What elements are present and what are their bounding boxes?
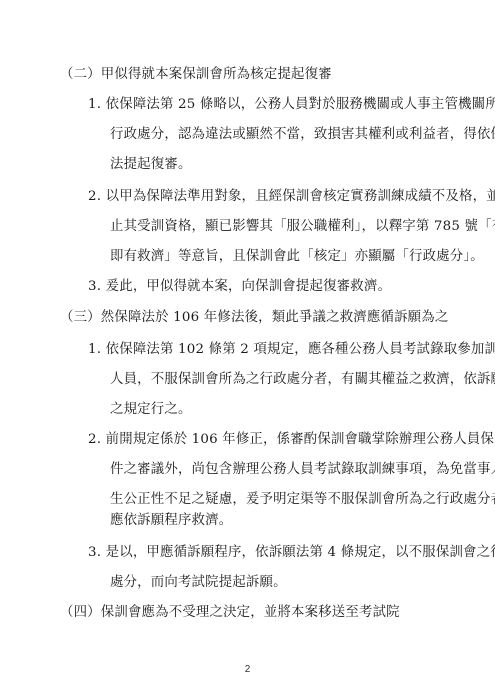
paragraph-line: 3. 是以，甲應循訴願程序，依訴願法第 4 條規定，以不服保訓會之行政 bbox=[88, 544, 495, 562]
page-number: 2 bbox=[0, 664, 495, 675]
paragraph-line: 應依訴願程序救濟。 bbox=[110, 512, 232, 530]
paragraph-line: 生公正性不足之疑慮，爰予明定渠等不服保訓會所為之行政處分者， bbox=[110, 491, 495, 509]
paragraph-line: 法提起復審。 bbox=[110, 156, 192, 174]
paragraph-line: 1. 依保障法第 102 條第 2 項規定，應各種公務人員考試錄取參加訓練之 bbox=[88, 341, 495, 359]
paragraph-line: 止其受訓資格，顯已影響其「服公職權利」，以釋字第 785 號「有權利 bbox=[110, 218, 495, 236]
paragraph-line: 之規定行之。 bbox=[110, 401, 192, 419]
section-heading-3: （三）然保障法於 106 年修法後，類此爭議之救濟應循訴願為之 bbox=[60, 309, 448, 327]
document-page: （二）甲似得就本案保訓會所為核定提起復審 1. 依保障法第 25 條略以，公務人… bbox=[0, 0, 495, 700]
paragraph-line: 2. 前開規定係於 106 年修正，係審酌保訓會職掌除辦理公務人員保障事 bbox=[88, 431, 495, 449]
paragraph-line: 件之審議外，尚包含辦理公務人員考試錄取訓練事項，為免當事人滋 bbox=[110, 461, 495, 479]
paragraph-line: 即有救濟」等意旨，且保訓會此「核定」亦顯屬「行政處分」。 bbox=[110, 248, 484, 266]
paragraph-line: 行政處分，認為違法或顯然不當，致損害其權利或利益者，得依保障 bbox=[110, 126, 495, 144]
section-heading-4: （四）保訓會應為不受理之決定，並將本案移送至考試院 bbox=[60, 604, 400, 622]
paragraph-line: 3. 爰此，甲似得就本案，向保訓會提起復審救濟。 bbox=[88, 278, 391, 296]
section-heading-2: （二）甲似得就本案保訓會所為核定提起復審 bbox=[60, 66, 332, 84]
paragraph-line: 1. 依保障法第 25 條略以，公務人員對於服務機關或人事主管機關所為之 bbox=[88, 96, 495, 114]
paragraph-line: 人員，不服保訓會所為之行政處分者，有關其權益之救濟，依訴願法 bbox=[110, 371, 495, 389]
paragraph-line: 2. 以甲為保障法準用對象，且經保訓會核定實務訓練成績不及格，並廢 bbox=[88, 188, 495, 206]
paragraph-line: 處分，而向考試院提起訴願。 bbox=[110, 574, 287, 592]
